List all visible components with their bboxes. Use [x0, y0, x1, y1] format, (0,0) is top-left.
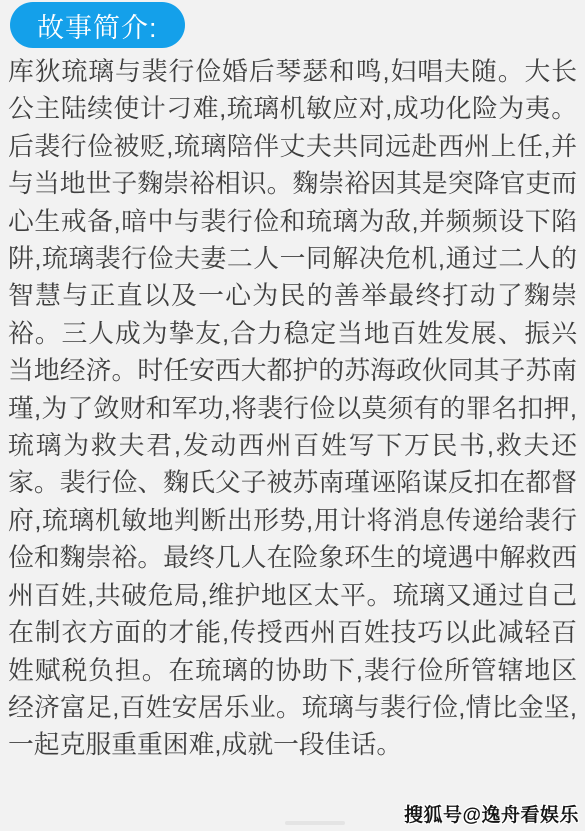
story-synopsis-paragraph: 库狄琉璃与裴行俭婚后琴瑟和鸣,妇唱夫随。大长公主陆续使计刁难,琉璃机敏应对,成功…: [8, 54, 577, 765]
bottom-smudge: [285, 821, 345, 825]
sohu-watermark: 搜狐号@逸舟看娱乐: [404, 800, 579, 827]
section-title-label: 故事简介:: [37, 6, 158, 45]
section-title-badge: 故事简介:: [10, 2, 185, 48]
article-page: 故事简介: 库狄琉璃与裴行俭婚后琴瑟和鸣,妇唱夫随。大长公主陆续使计刁难,琉璃机…: [0, 0, 585, 831]
